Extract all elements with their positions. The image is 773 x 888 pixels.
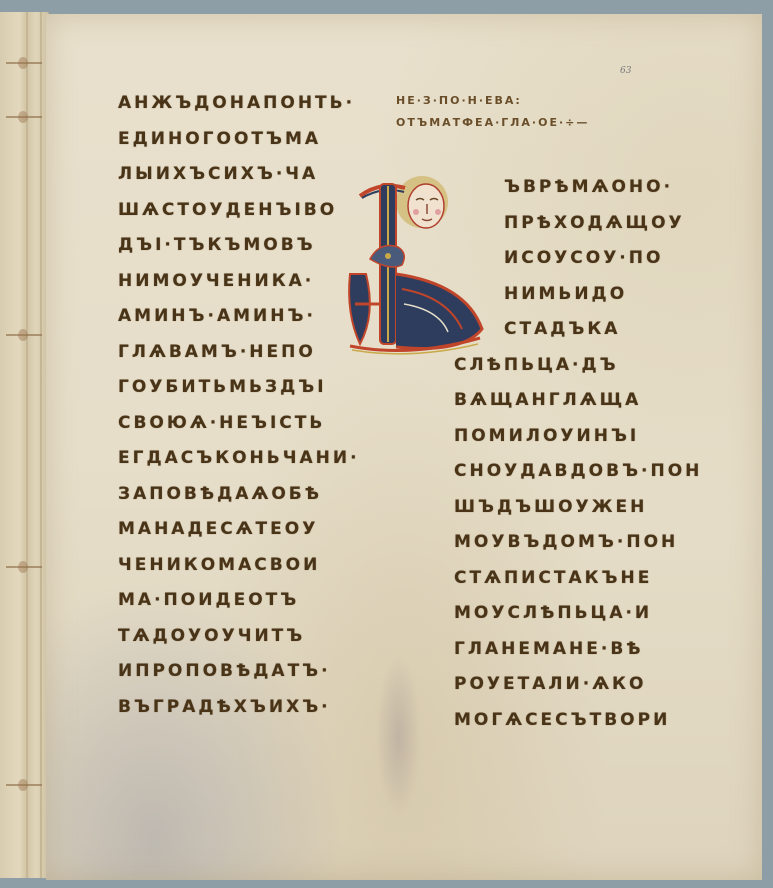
text-line: ШѦСТОУДЕНЪІВО: [118, 193, 368, 229]
text-line: ШЪДЪШОУЖЕН: [454, 490, 702, 526]
rubric-heading: НЕ·З·ПО·Н·ЕВА: ОТЪМАТФЕА·ГЛА·ОЕ·÷—: [396, 90, 589, 134]
text-line: ЛЫИХЪСИХЪ·ЧА: [118, 157, 368, 193]
text-line: ЕДИНОГООТЪМА: [118, 122, 368, 158]
stitch-mark: [6, 782, 42, 788]
text-line: ТѦДОУОУЧИТЪ: [118, 619, 368, 655]
text-line: СНОУДАВДОВЪ·ПОН: [454, 454, 702, 490]
stitch-mark: [6, 564, 42, 570]
text-line: МОГѦСЕСЪТВОРИ: [454, 703, 702, 739]
text-line: ЕГДАСЪКОНЬЧАНИ·: [118, 441, 368, 477]
rubric-line: НЕ·З·ПО·Н·ЕВА:: [396, 90, 589, 112]
text-line: ИСОУСОУ·ПО: [454, 241, 702, 277]
text-line: ПРѢХОДѦЩОУ: [454, 206, 702, 242]
stitch-mark: [6, 332, 42, 338]
text-line: ГЛАНЕМАНЕ·ВѢ: [454, 632, 702, 668]
text-line: МОУСЛѢПЬЦА·И: [454, 596, 702, 632]
text-line: АНЖЪДОНАПОНТЬ·: [118, 86, 368, 122]
text-line: СТѦПИСТАКЪНЕ: [454, 561, 702, 597]
stitch-mark: [6, 114, 42, 120]
text-line: СТАДЪКА: [454, 312, 702, 348]
text-line: ДЪІ·ТЪКЪМОВЪ: [118, 228, 368, 264]
fold-line: [40, 12, 42, 878]
text-line: ГЛѦВАМЪ·НЕПО: [118, 335, 368, 371]
text-line: ВѦЩАНГЛѦЩА: [454, 383, 702, 419]
text-line: НИМОУЧЕНИКА·: [118, 264, 368, 300]
text-line: ЗАПОВѢДАѦОБѢ: [118, 477, 368, 513]
text-line: ПОМИЛОУИНЪІ: [454, 419, 702, 455]
rubric-line: ОТЪМАТФЕА·ГЛА·ОЕ·÷—: [396, 112, 589, 134]
right-text-column: ЪВРѢМѦОНО· ПРѢХОДѦЩОУ ИСОУСОУ·ПО НИМЬИДО…: [454, 170, 702, 738]
text-line: ЧЕНИКОМАСВОИ: [118, 548, 368, 584]
text-line: РОУЕТАЛИ·ѦКО: [454, 667, 702, 703]
fold-line: [26, 12, 28, 878]
folio-number: 63: [620, 66, 631, 76]
manuscript-page: 63 АНЖЪДОНАПОНТЬ· ЕДИНОГООТЪМА ЛЫИХЪСИХЪ…: [46, 14, 762, 880]
text-line: ЪВРѢМѦОНО·: [454, 170, 702, 206]
stitch-mark: [6, 60, 42, 66]
text-line: МА·ПОИДЕОТЪ: [118, 583, 368, 619]
binding-strip: [0, 12, 49, 878]
show-through-stain: [376, 654, 421, 819]
text-line: МАНАДЕСѦТЕОУ: [118, 512, 368, 548]
text-line: СЛѢПЬЦА·ДЪ: [454, 348, 702, 384]
text-line: МОУВЪДОМЪ·ПОН: [454, 525, 702, 561]
text-line: АМИНЪ·АМИНЪ·: [118, 299, 368, 335]
left-text-column: АНЖЪДОНАПОНТЬ· ЕДИНОГООТЪМА ЛЫИХЪСИХЪ·ЧА…: [118, 86, 368, 725]
text-line: ГОУБИТЬМЬЗДЪІ: [118, 370, 368, 406]
text-line: НИМЬИДО: [454, 277, 702, 313]
text-line: ИПРОПОВѢДАТЪ·: [118, 654, 368, 690]
text-line: ВЪГРАДѢХЪИХЪ·: [118, 690, 368, 726]
text-line: СВОЮѦ·НЕЪІСТЬ: [118, 406, 368, 442]
